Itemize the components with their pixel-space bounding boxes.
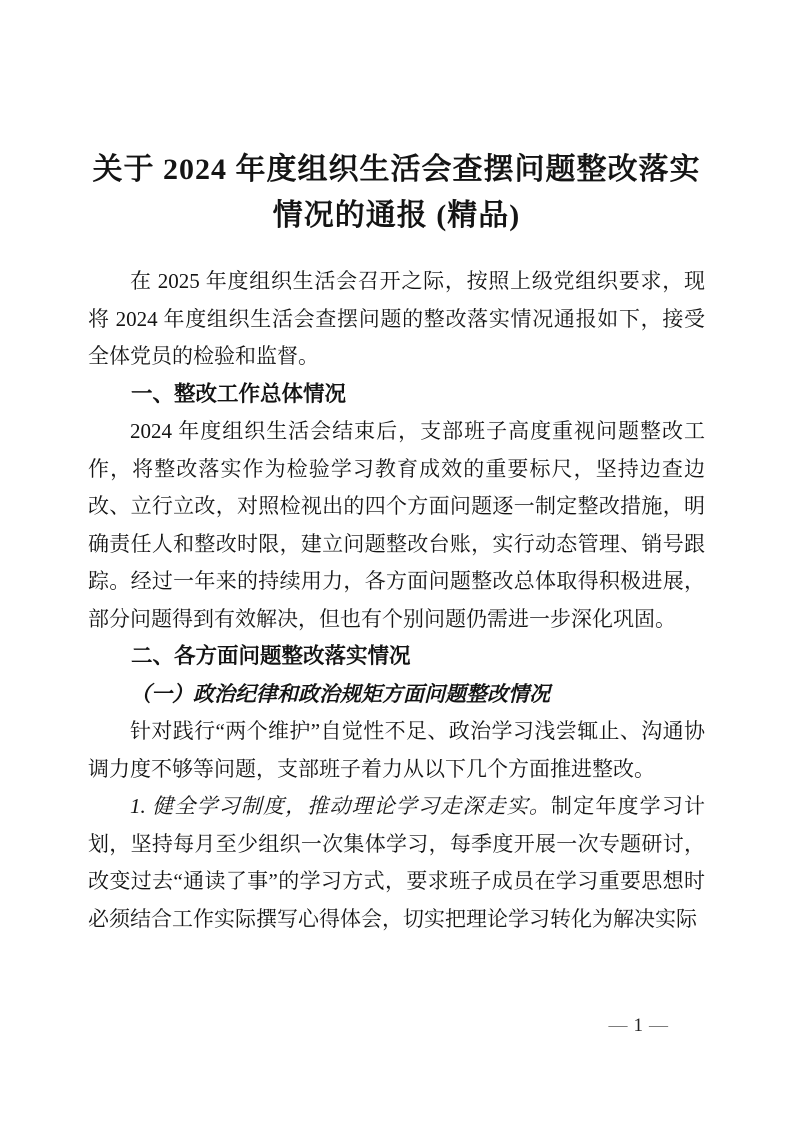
document-title-line-1: 关于 2024 年度组织生活会查摆问题整改落实 — [88, 147, 705, 193]
document-title-line-2: 情况的通报 (精品) — [88, 193, 705, 239]
section-2-sub-1-heading: （一）政治纪律和政治规矩方面问题整改情况 — [88, 676, 705, 714]
page-number-value: 1 — [634, 1015, 644, 1036]
item-1-lead-sentence: 1. 健全学习制度，推动理论学习走深走实。 — [130, 794, 551, 818]
page-number: —1— — [603, 1014, 675, 1038]
document-body: 在 2025 年度组织生活会召开之际，按照上级党组织要求，现将 2024 年度组… — [88, 263, 705, 938]
section-2-sub-1-paragraph: 针对践行“两个维护”自觉性不足、政治学习浅尝辄止、沟通协调力度不够等问题，支部班… — [88, 713, 705, 788]
intro-paragraph: 在 2025 年度组织生活会召开之际，按照上级党组织要求，现将 2024 年度组… — [88, 263, 705, 376]
document-content: 关于 2024 年度组织生活会查摆问题整改落实 情况的通报 (精品) 在 202… — [88, 147, 705, 938]
page-number-left-dash: — — [603, 1015, 634, 1036]
document-title: 关于 2024 年度组织生活会查摆问题整改落实 情况的通报 (精品) — [88, 147, 705, 239]
page-number-right-dash: — — [643, 1015, 674, 1036]
section-2-heading: 二、各方面问题整改落实情况 — [88, 638, 705, 676]
document-page: 关于 2024 年度组织生活会查摆问题整改落实 情况的通报 (精品) 在 202… — [0, 0, 793, 1122]
section-1-heading: 一、整改工作总体情况 — [88, 376, 705, 414]
item-1-paragraph: 1. 健全学习制度，推动理论学习走深走实。制定年度学习计划，坚持每月至少组织一次… — [88, 788, 705, 938]
section-1-paragraph: 2024 年度组织生活会结束后，支部班子高度重视问题整改工作，将整改落实作为检验… — [88, 413, 705, 638]
